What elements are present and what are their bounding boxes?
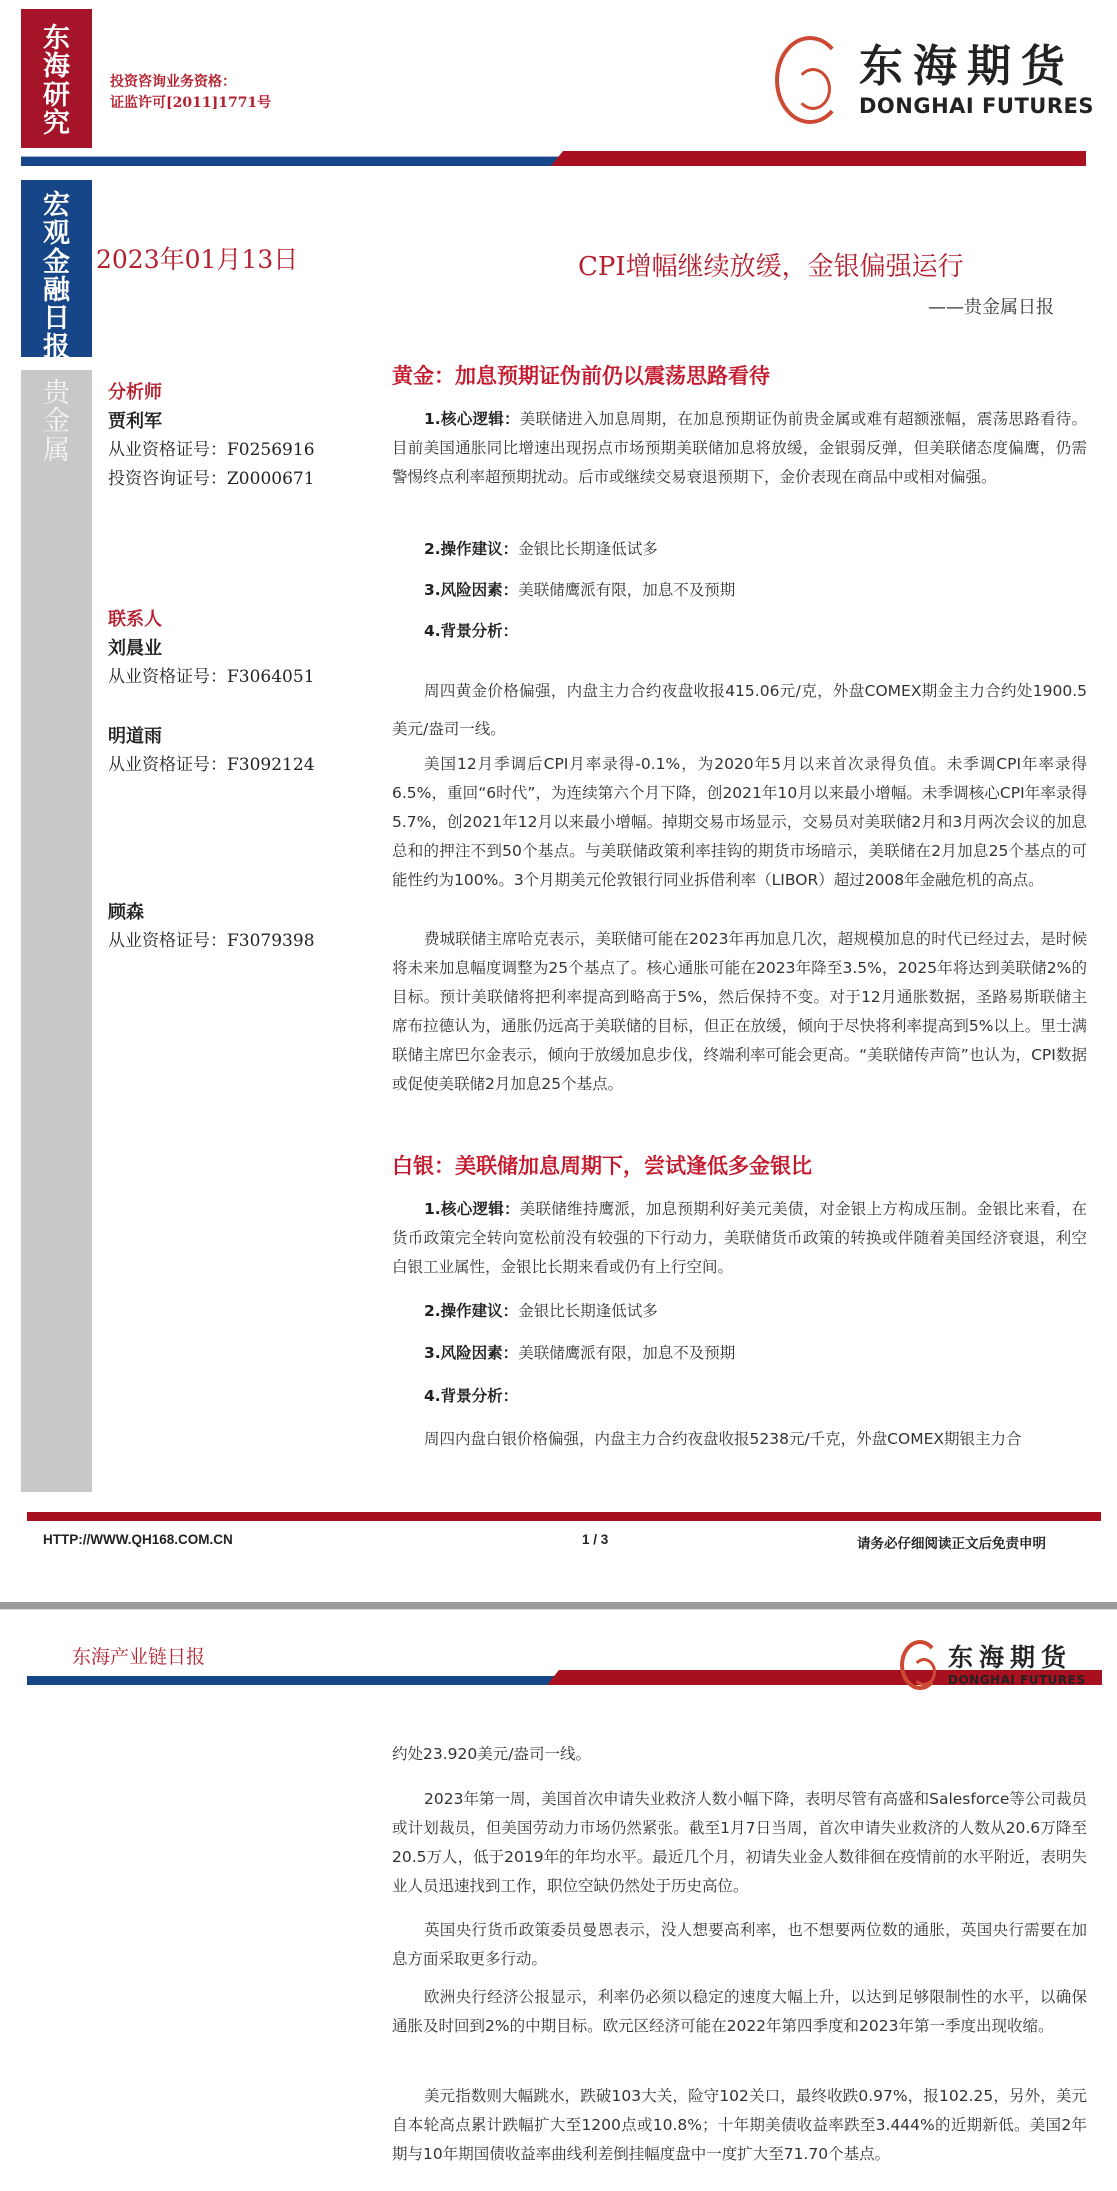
footer-url[interactable]: HTTP://WWW.QH168.COM.CN <box>43 1532 233 1547</box>
contact-name: 顾森 <box>108 898 315 927</box>
page2-header-title: 东海产业链日报 <box>72 1642 205 1669</box>
category-tab: 宏 观 金 融 日 报 <box>21 180 92 357</box>
gold-risk: 3.风险因素：美联储鹰派有限，加息不及预期 <box>424 576 735 605</box>
license-info: 投资咨询业务资格： 证监许可[2011]1771号 <box>110 72 271 114</box>
contact-cert: 从业资格证号：F3079398 <box>108 927 315 956</box>
analyst-block: 分析师 贾利军 从业资格证号：F0256916 投资咨询证号：Z0000671 <box>108 378 315 494</box>
sector-tab: 贵 金 属 <box>21 370 92 1492</box>
contact-name: 刘晨业 <box>108 634 315 663</box>
analyst-advisory-cert: 投资咨询证号：Z0000671 <box>108 465 315 494</box>
report-title: CPI增幅继续放缓，金银偏强运行 <box>578 246 964 283</box>
disclaimer-note: 请务必仔细阅读正文后免责申明 <box>857 1532 1046 1552</box>
footer-divider <box>27 1512 1101 1521</box>
contact-cert: 从业资格证号：F3092124 <box>108 751 315 780</box>
silver-paragraph: 周四内盘白银价格偏强，内盘主力合约夜盘收报5238元/千克，外盘COMEX期银主… <box>424 1425 1021 1454</box>
analyst-label: 分析师 <box>108 378 315 407</box>
silver-risk: 3.风险因素：美联储鹰派有限，加息不及预期 <box>424 1339 735 1368</box>
contact-name: 明道雨 <box>108 722 315 751</box>
silver-background-label: 4.背景分析： <box>424 1382 518 1411</box>
donghai-logo: 东海期货 DONGHAI FUTURES <box>775 36 1094 124</box>
gold-paragraph: 费城联储主席哈克表示，美联储可能在2023年再加息几次，超规模加息的时代已经过去… <box>392 925 1087 1099</box>
silver-paragraph: 欧洲央行经济公报显示，利率仍必须以稳定的速度大幅上升，以达到足够限制性的水平，以… <box>392 1983 1087 2041</box>
analyst-cert: 从业资格证号：F0256916 <box>108 436 315 465</box>
dragon-logo-icon <box>900 1640 940 1690</box>
page-separator <box>0 1602 1117 1610</box>
silver-paragraph: 美元指数则大幅跳水，跌破103大关，险守102关口，最终收跌0.97%，报102… <box>392 2082 1087 2169</box>
silver-paragraph: 2023年第一周，美国首次申请失业救济人数小幅下降，表明尽管有高盛和Salesf… <box>392 1785 1087 1901</box>
contact-label: 联系人 <box>108 605 315 634</box>
dragon-logo-icon <box>775 36 845 124</box>
contact-cert: 从业资格证号：F3064051 <box>108 663 315 692</box>
gold-core-logic: 1.核心逻辑：美联储进入加息周期，在加息预期证伪前贵金属或难有超额涨幅，震荡思路… <box>392 405 1087 492</box>
report-subtitle: ——贵金属日报 <box>928 293 1054 319</box>
gold-background-label: 4.背景分析： <box>424 617 518 646</box>
analyst-name: 贾利军 <box>108 407 315 436</box>
header-divider <box>21 151 1086 167</box>
contact-block: 联系人 刘晨业 从业资格证号：F3064051 <box>108 605 315 692</box>
contact-block: 顾森 从业资格证号：F3079398 <box>108 898 315 956</box>
gold-advice: 2.操作建议：金银比长期逢低试多 <box>424 535 658 564</box>
contact-block: 明道雨 从业资格证号：F3092124 <box>108 722 315 780</box>
page-number: 1 / 3 <box>582 1532 608 1547</box>
donghai-logo-small: 东海期货 DONGHAI FUTURES <box>900 1640 1085 1690</box>
silver-paragraph-continued: 约处23.920美元/盎司一线。 <box>392 1740 591 1769</box>
silver-paragraph: 英国央行货币政策委员曼恩表示，没人想要高利率，也不想要两位数的通胀，英国央行需要… <box>392 1916 1087 1974</box>
gold-paragraph: 周四黄金价格偏强，内盘主力合约夜盘收报415.06元/克，外盘COMEX期金主力… <box>392 672 1087 748</box>
report-date: 2023年01月13日 <box>96 240 298 276</box>
gold-paragraph: 美国12月季调后CPI月率录得-0.1%，为2020年5月以来首次录得负值。未季… <box>392 750 1087 895</box>
brand-tab: 东 海 研 究 <box>21 9 92 148</box>
silver-core-logic: 1.核心逻辑：美联储维持鹰派，加息预期利好美元美债，对金银上方构成压制。金银比来… <box>392 1195 1087 1282</box>
silver-section-title: 白银：美联储加息周期下，尝试逢低多金银比 <box>392 1150 812 1180</box>
gold-section-title: 黄金：加息预期证伪前仍以震荡思路看待 <box>392 360 770 390</box>
silver-advice: 2.操作建议：金银比长期逢低试多 <box>424 1297 658 1326</box>
